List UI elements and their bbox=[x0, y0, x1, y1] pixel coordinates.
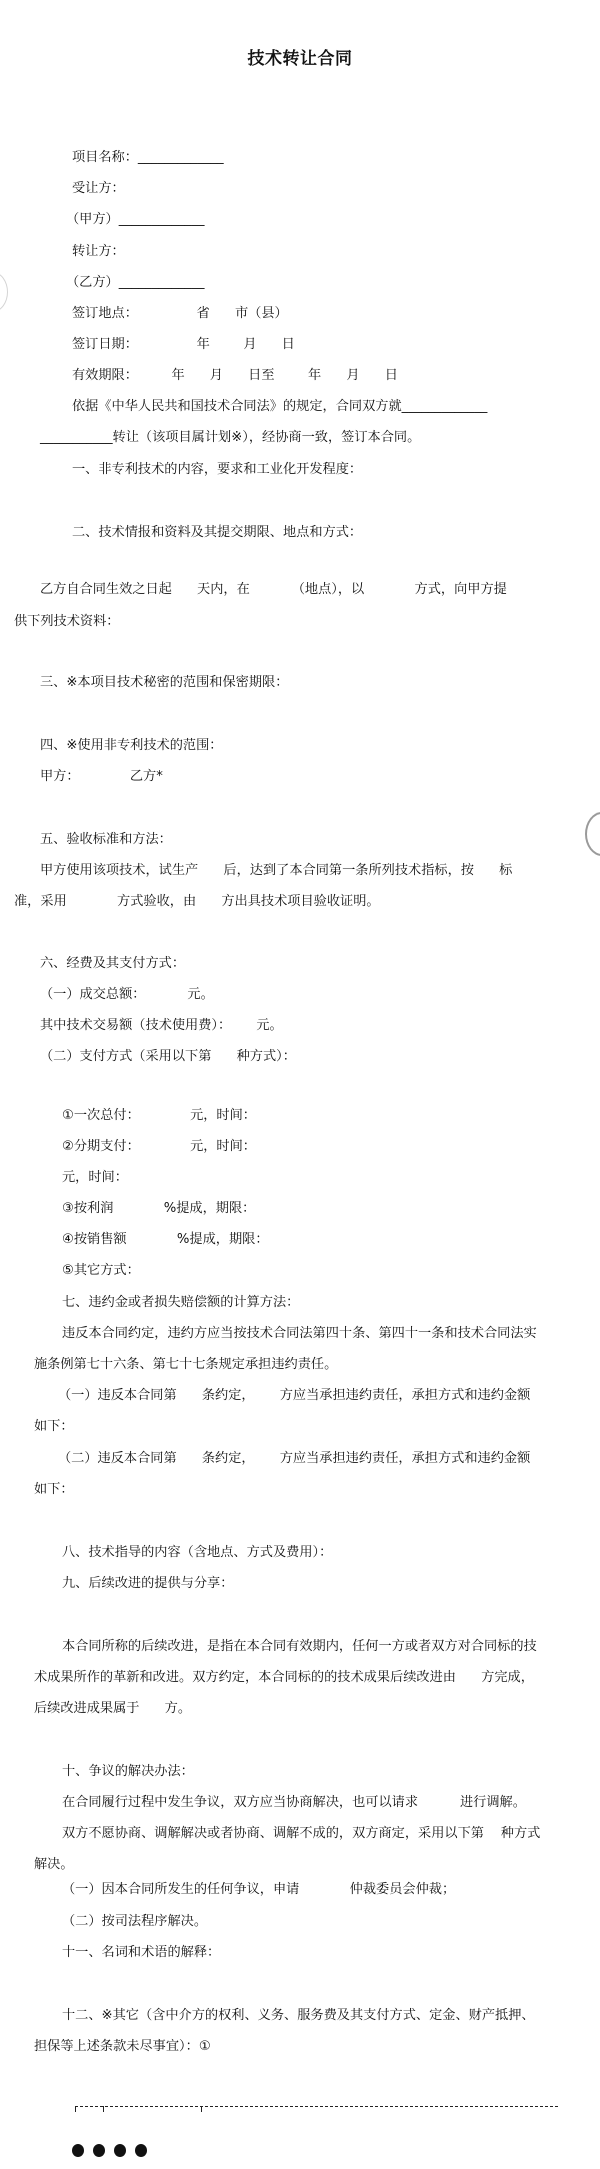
section-5-body-2: 准，采用 方式验收，由 方出具技术项目验收证明。 bbox=[14, 893, 380, 911]
field-party-a: （甲方）_____________ bbox=[66, 211, 204, 229]
section-7-body-1: 违反本合同约定，违约方应当按技术合同法第四十条、第四十一条和技术合同法实 bbox=[62, 1325, 537, 1343]
section-9-body-2: 术成果所作的革新和改进。双方约定，本合同标的的技术成果后续改进由 方完成， bbox=[34, 1669, 534, 1687]
section-3-title: 三、※本项目技术秘密的范围和保密期限： bbox=[40, 674, 288, 692]
bullet-dots bbox=[72, 2144, 147, 2157]
field-project-name: 项目名称：_____________ bbox=[72, 149, 224, 167]
section-7-title: 七、违约金或者损失赔偿额的计算方法： bbox=[62, 1294, 299, 1312]
section-2-title: 二、技术情报和资料及其提交期限、地点和方式： bbox=[72, 524, 362, 542]
section-10-body-1: 在合同履行过程中发生争议，双方应当协商解决，也可以请求 进行调解。 bbox=[62, 1794, 526, 1812]
field-party-b: （乙方）_____________ bbox=[66, 274, 204, 292]
bullet-dot-icon bbox=[114, 2144, 126, 2157]
section-10-body-3: 解决。 bbox=[34, 1856, 74, 1874]
section-5-body-1: 甲方使用该项技术，试生产 后，达到了本合同第一条所列技术指标，按 标 bbox=[40, 862, 512, 880]
section-6-tech-fee: 其中技术交易额（技术使用费）： 元。 bbox=[40, 1017, 283, 1035]
section-6-pay-method: （二）支付方式（采用以下第 种方式）： bbox=[40, 1048, 296, 1066]
section-6-title: 六、经费及其支付方式： bbox=[40, 955, 185, 973]
document-title: 技术转让合同 bbox=[0, 44, 600, 69]
preamble-line-1: 依据《中华人民共和国技术合同法》的规定，合同双方就_____________ bbox=[72, 398, 487, 416]
section-5-title: 五、验收标准和方法： bbox=[40, 831, 172, 849]
page-edge-circle-left bbox=[0, 272, 8, 312]
section-2-body-1: 乙方自合同生效之日起 天内，在 （地点），以 方式，向甲方提 bbox=[40, 581, 507, 599]
section-2-body-2: 供下列技术资料： bbox=[14, 613, 120, 631]
section-6-total: （一）成交总额： 元。 bbox=[40, 986, 214, 1004]
table-border-tick-3 bbox=[201, 2106, 202, 2112]
table-border-line bbox=[75, 2106, 558, 2107]
section-7-item-1: （一）违反本合同第 条约定， 方应当承担违约责任，承担方式和违约金额 bbox=[58, 1387, 530, 1405]
section-11-title: 十一、名词和术语的解释： bbox=[62, 1944, 220, 1962]
section-4-title: 四、※使用非专利技术的范围： bbox=[40, 737, 223, 755]
section-6-option-2: ②分期支付： 元，时间： bbox=[62, 1138, 256, 1156]
preamble-line-2: ___________转让（该项目属计划※），经协商一致，签订本合同。 bbox=[40, 429, 420, 447]
bullet-dot-icon bbox=[135, 2144, 147, 2157]
section-6-option-1: ①一次总付： 元，时间： bbox=[62, 1107, 256, 1125]
table-border-tick-2 bbox=[103, 2106, 104, 2112]
section-10-option-2: （二）按司法程序解决。 bbox=[62, 1913, 207, 1931]
bullet-dot-icon bbox=[93, 2144, 105, 2157]
section-9-title: 九、后续改进的提供与分享： bbox=[62, 1575, 233, 1593]
section-10-body-2: 双方不愿协商、调解解决或者协商、调解不成的，双方商定，采用以下第 种方式 bbox=[62, 1825, 540, 1843]
field-transferor: 转让方： bbox=[72, 243, 125, 261]
bullet-dot-icon bbox=[72, 2144, 84, 2157]
section-10-title: 十、争议的解决办法： bbox=[62, 1763, 194, 1781]
section-7-item-1b: 如下： bbox=[34, 1418, 74, 1436]
table-border-tick-1 bbox=[75, 2106, 76, 2112]
section-6-option-4: ④按销售额 %提成，期限： bbox=[62, 1231, 269, 1249]
field-sign-place: 签订地点： 省 市（县） bbox=[72, 305, 288, 323]
section-7-item-2b: 如下： bbox=[34, 1481, 74, 1499]
section-4-body: 甲方： 乙方* bbox=[40, 768, 163, 786]
section-6-option-3: ③按利润 %提成，期限： bbox=[62, 1200, 255, 1218]
section-9-body-3: 后续改进成果属于 方。 bbox=[34, 1700, 191, 1718]
section-7-item-2: （二）违反本合同第 条约定， 方应当承担违约责任，承担方式和违约金额 bbox=[58, 1450, 530, 1468]
section-7-body-2: 施条例第七十六条、第七十七条规定承担违约责任。 bbox=[34, 1356, 337, 1374]
section-8-title: 八、技术指导的内容（含地点、方式及费用）： bbox=[62, 1544, 332, 1562]
section-6-option-2b: 元，时间： bbox=[62, 1169, 128, 1187]
section-1-title: 一、非专利技术的内容，要求和工业化开发程度： bbox=[72, 461, 362, 479]
section-12-title: 十二、※其它（含中介方的权利、义务、服务费及其支付方式、定金、财产抵押、 bbox=[62, 2007, 535, 2025]
field-valid-period: 有效期限： 年 月 日至 年 月 日 bbox=[72, 367, 398, 385]
section-10-option-1: （一）因本合同所发生的任何争议，申请 仲裁委员会仲裁； bbox=[62, 1881, 455, 1899]
page-edge-circle-right bbox=[585, 812, 600, 856]
field-transferee: 受让方： bbox=[72, 180, 125, 198]
section-12-body: 担保等上述条款未尽事宜）：① bbox=[34, 2038, 211, 2056]
field-sign-date: 签订日期： 年 月 日 bbox=[72, 336, 295, 354]
section-9-body-1: 本合同所称的后续改进，是指在本合同有效期内，任何一方或者双方对合同标的技 bbox=[62, 1638, 537, 1656]
section-6-option-5: ⑤其它方式： bbox=[62, 1262, 140, 1280]
contract-page: 技术转让合同 项目名称：_____________ 受让方： （甲方）_____… bbox=[0, 0, 600, 2169]
